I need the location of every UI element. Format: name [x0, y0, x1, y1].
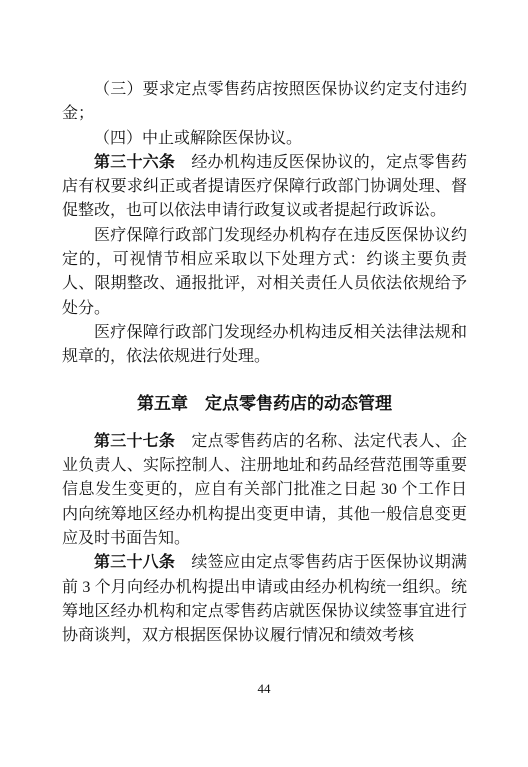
article-number: 第三十八条: [94, 554, 175, 571]
document-page: （三）要求定点零售药店按照医保协议约定支付违约金；（四）中止或解除医保协议。第三…: [0, 0, 528, 767]
article-number: 第三十七条: [94, 433, 175, 450]
paragraph: 第三十八条 续签应由定点零售药店于医保协议期满前 3 个月向经办机构提出申请或由…: [62, 551, 467, 648]
document-body: （三）要求定点零售药店按照医保协议约定支付违约金；（四）中止或解除医保协议。第三…: [62, 78, 467, 649]
paragraph: 医疗保障行政部门发现经办机构违反相关法律法规和规章的，依法依规进行处理。: [62, 321, 467, 370]
paragraph: （三）要求定点零售药店按照医保协议约定支付违约金；: [62, 78, 467, 127]
article-number: 第三十六条: [94, 154, 175, 171]
paragraph: 第三十六条 经办机构违反医保协议的，定点零售药店有权要求纠正或者提请医疗保障行政…: [62, 151, 467, 224]
paragraph: 第三十七条 定点零售药店的名称、法定代表人、企业负责人、实际控制人、注册地址和药…: [62, 430, 467, 551]
page-number: 44: [0, 681, 528, 697]
chapter-heading: 第五章 定点零售药店的动态管理: [62, 392, 467, 416]
paragraph: （四）中止或解除医保协议。: [62, 127, 467, 151]
paragraph: 医疗保障行政部门发现经办机构存在违反医保协议约定的，可视情节相应采取以下处理方式…: [62, 224, 467, 321]
